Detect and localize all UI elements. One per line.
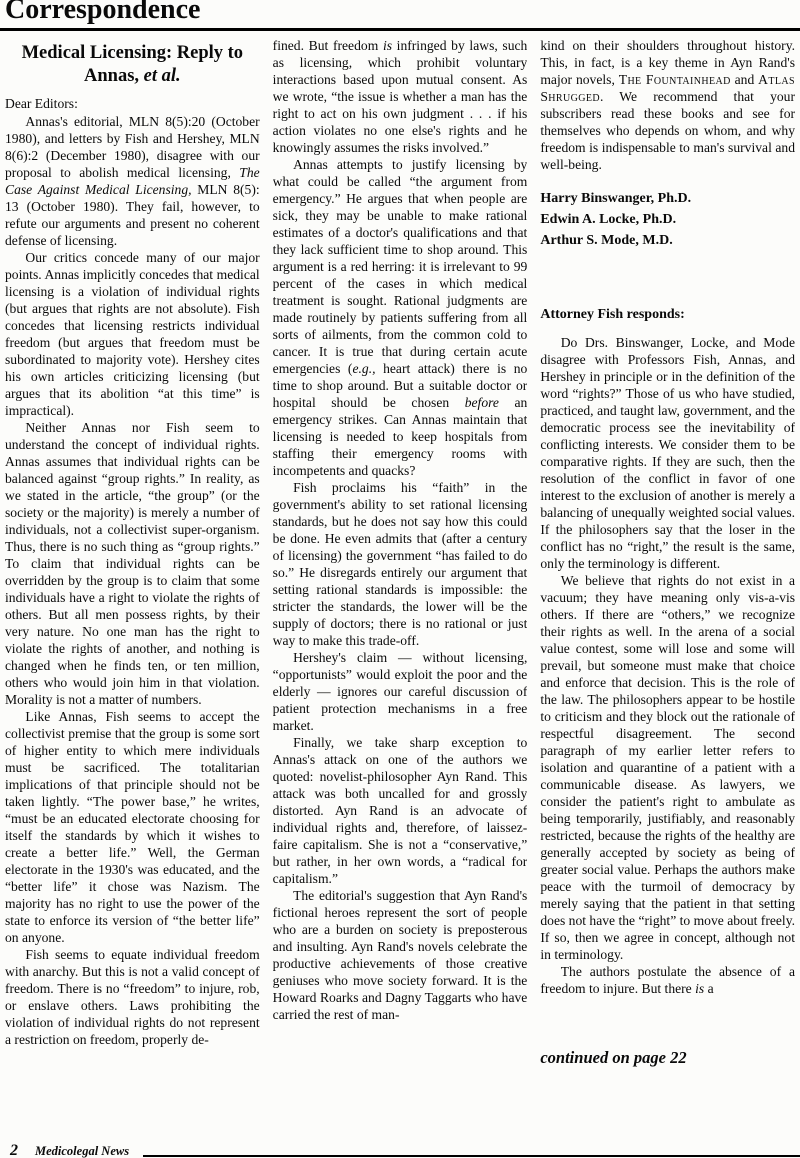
paragraph: Annas's editorial, MLN 8(5):20 (October … [5,113,260,249]
paragraph: Neither Annas nor Fish seem to understan… [5,419,260,708]
paragraph: Fish seems to equate individual freedom … [5,946,260,1048]
column-2: fined. But freedom is infringed by laws,… [273,37,528,1137]
continued-notice: continued on page 22 [540,1049,795,1066]
paragraph: kind on their shoulders throughout histo… [540,37,795,173]
journal-name: Medicolegal News [35,1144,129,1158]
signature-line: Edwin A. Locke, Ph.D. [540,209,795,230]
signature-block: Harry Binswanger, Ph.D. Edwin A. Locke, … [540,188,795,251]
paragraph: The authors postulate the absence of a f… [540,963,795,997]
paragraph: We believe that rights do not exist in a… [540,572,795,963]
paragraph: Our critics concede many of our major po… [5,249,260,419]
column-3: kind on their shoulders throughout histo… [540,37,795,1137]
paragraph: Annas attempts to justify licensing by w… [273,156,528,479]
paragraph: Do Drs. Binswanger, Locke, and Mode disa… [540,334,795,572]
paragraph: Like Annas, Fish seems to accept the col… [5,708,260,946]
paragraph: Fish proclaims his “faith” in the govern… [273,479,528,649]
paragraph: Finally, we take sharp exception to Anna… [273,734,528,887]
footer-rule [143,1155,800,1157]
letter-title-line1: Medical Licensing: Reply to [5,42,260,65]
paragraph: The editorial's suggestion that Ayn Rand… [273,887,528,1023]
letter-title-line2: Annas, et al. [5,65,260,88]
journal-page: Correspondence Medical Licensing: Reply … [0,0,800,1158]
page-footer: 2 Medicolegal News [10,1142,800,1158]
paragraph: Hershey's claim — without licensing, “op… [273,649,528,734]
text-columns: Medical Licensing: Reply to Annas, et al… [5,37,795,1137]
signature-line: Harry Binswanger, Ph.D. [540,188,795,209]
page-title: Correspondence [5,0,200,26]
column-1: Medical Licensing: Reply to Annas, et al… [5,37,260,1137]
paragraph: fined. But freedom is infringed by laws,… [273,37,528,156]
response-heading: Attorney Fish responds: [540,306,795,323]
salutation: Dear Editors: [5,95,260,112]
letter-title: Medical Licensing: Reply to Annas, et al… [5,42,260,88]
signature-line: Arthur S. Mode, M.D. [540,230,795,251]
page-number: 2 [10,1143,18,1158]
header-rule [0,28,800,31]
